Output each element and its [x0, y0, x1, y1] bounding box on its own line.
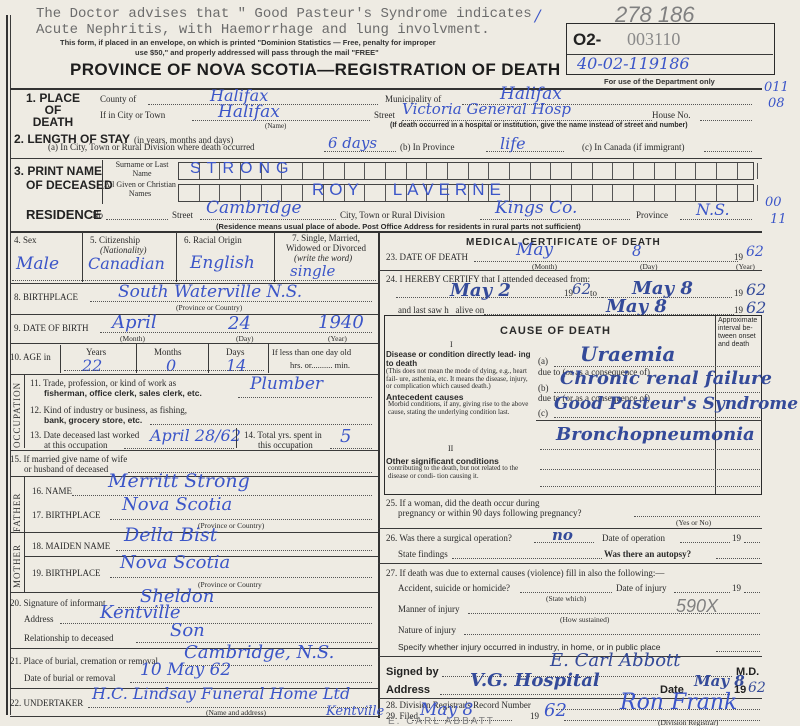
spouse-label-2: or husband of deceased	[24, 464, 108, 474]
direct-cause-label: Disease or condition directly lead- ing …	[386, 350, 536, 368]
total-years-label-2: this occupation	[258, 440, 313, 450]
house-no-label: House No.	[652, 110, 691, 120]
dob-year[interactable]: 1940	[318, 312, 364, 333]
q26-date-label: Date of operation	[602, 533, 665, 543]
last-worked-label-2: at this occupation	[44, 440, 107, 450]
father-birthplace-label: 17. BIRTHPLACE	[32, 510, 100, 520]
dob-month[interactable]: April	[112, 312, 157, 333]
racial-origin-label: 6. Racial Origin	[184, 235, 242, 245]
burial-date-value[interactable]: 10 May 62	[140, 660, 231, 680]
relationship-value[interactable]: Son	[170, 620, 205, 641]
father-name-value[interactable]: Merritt Strong	[108, 470, 250, 492]
dept-caption: For use of the Department only	[604, 77, 715, 86]
print-name-label: 3. PRINT NAME OF DECEASED	[14, 164, 113, 192]
residence-street-value[interactable]: Cambridge	[206, 198, 302, 218]
residence-note: (Residence means usual place of abode. P…	[216, 222, 581, 231]
q26-findings-label: State findings	[398, 549, 448, 559]
last-saw-century: 19	[734, 305, 743, 315]
q26-autopsy-label: Was there an autopsy?	[604, 549, 691, 559]
q27-manner-label: Manner of injury	[398, 604, 459, 614]
antecedent-note: Morbid conditions, if any, giving rise t…	[388, 401, 534, 416]
age-hrs-label: hrs. or.......... min.	[290, 360, 350, 370]
mother-birthplace-value[interactable]: Nova Scotia	[120, 552, 230, 573]
q27-date-label: Date of injury	[616, 583, 666, 593]
cause-a-label: (a)	[538, 356, 548, 366]
dob-label: 9. DATE OF BIRTH	[14, 323, 88, 333]
filed-century: 19	[530, 711, 539, 721]
other-conditions-value[interactable]: Bronchopneumonia	[556, 424, 755, 445]
q27-state-caption: (State which)	[546, 594, 586, 603]
place-of-death-label: 1. PLACE OF DEATH	[18, 92, 88, 128]
stay-city-value[interactable]: 6 days	[328, 134, 377, 152]
undertaker-label: 22. UNDERTAKER	[10, 698, 83, 708]
surname-value: STRONG	[190, 160, 294, 178]
attended-to-year[interactable]: 62	[746, 280, 766, 299]
burial-date-label: Date of burial or removal	[24, 673, 115, 683]
age-less-label: If less than one day old	[272, 347, 351, 357]
q26-century: 19	[732, 533, 741, 543]
street-label: Street	[374, 110, 395, 120]
q27-manner-caption: (How sustained)	[560, 615, 609, 624]
stay-province-value[interactable]: life	[500, 134, 526, 153]
racial-origin-value[interactable]: English	[190, 253, 255, 273]
surname-label: Surname or Last Name	[110, 160, 174, 178]
dept-stamped-number: 003110	[627, 29, 680, 50]
county-label: County of	[100, 94, 136, 104]
dob-day-caption: (Day)	[236, 334, 254, 343]
sex-label: 4. Sex	[14, 235, 37, 245]
attended-from-year[interactable]: 62	[572, 280, 591, 298]
dept-handwritten-code: 40-02-119186	[577, 54, 690, 73]
cause-title: CAUSE OF DEATH	[500, 325, 611, 337]
q26-value[interactable]: no	[552, 526, 573, 544]
date-of-death-label: 23. DATE OF DEATH	[386, 252, 468, 262]
stay-city-label: (a) In City, Town or Rural Division wher…	[48, 142, 255, 152]
age-days-value[interactable]: 14	[226, 356, 246, 375]
residence-province-value[interactable]: N.S.	[696, 200, 730, 219]
citizenship-label: 5. Citizenship	[90, 235, 140, 245]
father-birthplace-value[interactable]: Nova Scotia	[122, 494, 232, 515]
interval-header: Approximate interval be- tween onset and…	[718, 317, 762, 349]
street-value[interactable]: Victoria General Hosp	[402, 100, 571, 118]
age-months-value[interactable]: 0	[166, 356, 176, 375]
checkmark: /	[535, 6, 540, 25]
attended-to-label: to	[590, 288, 597, 298]
name-caption: (Name)	[265, 122, 286, 130]
age-label: 10. AGE in	[10, 352, 51, 362]
father-side-label: FATHER	[12, 482, 22, 532]
dob-year-caption: (Year)	[328, 334, 347, 343]
trade-label-1: 11. Trade, profession, or kind of work a…	[30, 378, 176, 388]
registrar-signature[interactable]: Ron Frank	[620, 690, 737, 715]
birthplace-value[interactable]: South Waterville N.S.	[118, 282, 302, 302]
margin-code-4: 11	[770, 212, 787, 227]
cause-c-value[interactable]: Good Pasteur's Syndrome	[554, 394, 798, 414]
marital-status-label: 7. Single, Married, Widowed or Divorced	[278, 233, 374, 253]
date-of-death-year[interactable]: 62	[746, 244, 764, 260]
q27-code: 590X	[676, 596, 718, 617]
q26-label: 26. Was there a surgical operation?	[386, 533, 512, 543]
date-of-death-day[interactable]: 8	[632, 242, 642, 260]
postal-note-line1: This form, if placed in an envelope, on …	[60, 38, 436, 47]
total-years-label-1: 14. Total yrs. spent in	[244, 430, 322, 440]
q25-line2: pregnancy or within 90 days following pr…	[398, 508, 581, 518]
relationship-label: Relationship to deceased	[24, 633, 113, 643]
stay-canada-label: (c) In Canada (if immigrant)	[582, 142, 684, 152]
form-title: PROVINCE OF NOVA SCOTIA—REGISTRATION OF …	[70, 60, 561, 80]
typed-note-line1: The Doctor advises that " Good Pasteur's…	[36, 6, 532, 22]
father-name-label: 16. NAME	[32, 486, 72, 496]
last-saw-label: and last saw h alive on	[398, 305, 484, 315]
postal-note-line2: use $50," and properly addressed will pa…	[135, 48, 379, 57]
dept-prefix: O2-	[573, 30, 601, 50]
death-registration-form: The Doctor advises that " Good Pasteur's…	[0, 0, 800, 726]
other-conditions-note: contributing to the death, but not relat…	[388, 465, 534, 480]
residence-province-label: Province	[636, 210, 668, 220]
signature-date-year[interactable]: 62	[748, 680, 766, 696]
sex-value[interactable]: Male	[16, 254, 59, 274]
given-names-value: ROY LAVERNE	[312, 180, 506, 200]
last-worked-value[interactable]: April 28/62	[150, 426, 241, 445]
birthplace-label: 8. BIRTHPLACE	[14, 292, 78, 302]
part-two-label: II	[448, 444, 453, 453]
q25-caption: (Yes or No)	[676, 518, 711, 527]
spouse-label-1: 15. If married give name of wife	[10, 454, 127, 464]
date-of-death-century: 19	[734, 252, 743, 262]
pencil-note: E. CARL ABBATT	[388, 716, 495, 726]
cause-b-label: (b)	[538, 383, 549, 393]
cause-a-value[interactable]: Uraemia	[580, 342, 675, 366]
cause-c-label: (c)	[538, 408, 548, 418]
left-border-inner	[10, 15, 11, 715]
mother-birthplace-label: 19. BIRTHPLACE	[32, 568, 100, 578]
informant-signature-label: 20. Signature of informant	[10, 598, 105, 608]
birthplace-caption: (Province or Country)	[176, 303, 242, 312]
informant-address-label: Address	[24, 614, 54, 624]
mother-side-label: MOTHER	[12, 536, 22, 588]
dob-month-caption: (Month)	[120, 334, 145, 343]
city-value[interactable]: Halifax	[218, 102, 280, 122]
city-label: If in City or Town	[100, 110, 165, 120]
residence-street-label: Street	[172, 210, 193, 220]
q25-line1: 25. If a woman, did the death occur duri…	[386, 498, 539, 508]
cause-b-value[interactable]: Chronic renal failure	[560, 368, 772, 389]
part-one-label: I	[450, 340, 453, 349]
institution-note: (If death occurred in a hospital or inst…	[390, 122, 688, 129]
occupation-side-label: OCCUPATION	[12, 380, 22, 448]
industry-label-1: 12. Kind of industry or business, as fis…	[30, 405, 187, 415]
direct-cause-note: (This does not mean the mode of dying, e…	[386, 368, 534, 391]
total-years-value[interactable]: 5	[340, 426, 351, 447]
q27-century: 19	[732, 583, 741, 593]
undertaker-value[interactable]: H.C. Lindsay Funeral Home Ltd	[92, 684, 350, 703]
date-of-death-month[interactable]: May	[516, 240, 553, 260]
informant-address-value[interactable]: Kentville	[100, 602, 181, 623]
attended-to-century: 19	[734, 288, 743, 298]
filed-year[interactable]: 62	[544, 700, 567, 721]
department-box: O2- 003110 40-02-119186	[566, 23, 775, 75]
burial-place-label: 21. Place of burial, cremation or remova…	[10, 656, 158, 666]
attended-from[interactable]: May 2	[450, 280, 511, 301]
signed-by-label: Signed by	[386, 666, 439, 678]
q27-label: 27. If death was due to external causes …	[386, 568, 664, 578]
industry-label-2: bank, grocery store, etc.	[44, 415, 142, 425]
trade-label-2: fisherman, office clerk, sales clerk, et…	[44, 388, 202, 398]
residence-city-label: City, Town or Rural Division	[340, 210, 445, 220]
mother-maiden-value[interactable]: Della Bist	[124, 524, 217, 546]
residence-no-label: No	[92, 210, 103, 220]
margin-code-2: 08	[768, 96, 785, 111]
age-years-value[interactable]: 22	[82, 356, 102, 375]
marital-status-value[interactable]: single	[290, 262, 335, 280]
signature-address-label: Address	[386, 684, 430, 696]
left-border	[6, 15, 8, 715]
q27-accident-label: Accident, suicide or homicide?	[398, 583, 510, 593]
dob-day[interactable]: 24	[228, 313, 251, 334]
mother-maiden-label: 18. MAIDEN NAME	[32, 541, 110, 551]
citizenship-value[interactable]: Canadian	[88, 254, 165, 273]
signature-address-value[interactable]: V.G. Hospital	[470, 670, 600, 691]
residence-city-value[interactable]: Kings Co.	[495, 198, 577, 218]
last-worked-label-1: 13. Date deceased last worked	[30, 430, 139, 440]
residence-label: RESIDENCE	[26, 207, 102, 222]
q27-nature-label: Nature of injury	[398, 625, 456, 635]
registrar-caption: (Division Registrar)	[658, 718, 718, 726]
trade-value[interactable]: Plumber	[250, 374, 323, 394]
given-names-label: All Given or Christian Names	[104, 180, 176, 198]
stay-province-label: (b) In Province	[400, 142, 454, 152]
typed-note-line2: Acute Nephritis, with Haemorrhage and lu…	[36, 22, 490, 38]
margin-code-3: 00	[765, 195, 782, 210]
signed-by-value[interactable]: E. Carl Abbott	[550, 650, 681, 671]
margin-code-1: 011	[764, 80, 789, 95]
last-saw-value[interactable]: May 8	[606, 296, 667, 317]
